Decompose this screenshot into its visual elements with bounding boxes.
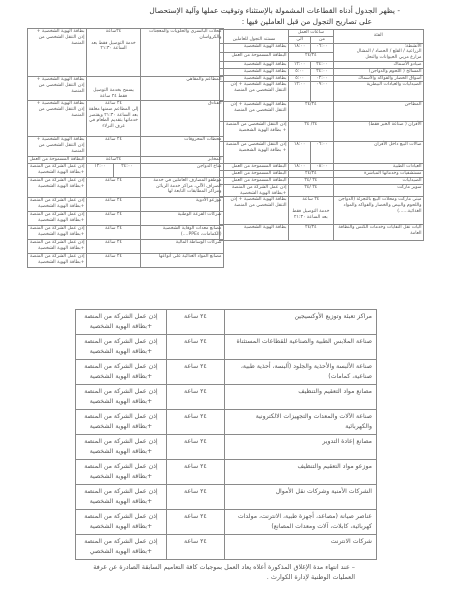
cell-permit: إذن عمل الشركة من المنصة +بطاقة الهوية ا… <box>28 239 87 253</box>
cell-category: عناصر صيانة (مصاعد، أجهزة طبية، الانترنت… <box>224 510 376 535</box>
cell-permit: إذن التنقل الشخصي من المنصة + بطاقة الهو… <box>220 142 289 164</box>
cell-from: ٠٦:٠٠ <box>311 142 333 164</box>
cell-hours: ٢٤ساعة <box>87 157 141 164</box>
cell-permit: بطاقة الهوية الشخصية + إذن التنقل الشخصي… <box>28 29 87 77</box>
cell-category: الشركات الأمنية وشركات نقل الأموال <box>224 485 376 510</box>
table-row: الأنشطة: الزراعية / القلع / الحصاد / الم… <box>220 43 424 52</box>
cell-permit: إذن عمل الشركة من المنصة +بطاقة الهوية ا… <box>76 510 167 535</box>
cell-category: مصانع معدات الوقاية الشخصية (الكمامات، P… <box>141 225 224 239</box>
cell-permit: إذن عمل الشركة من المنصة +بطاقة الهوية ا… <box>28 225 87 239</box>
cell-permit: إذن عمل الشركة من المنصة +بطاقة الهوية ا… <box>28 211 87 225</box>
cell-to: ٥:٠٠ <box>289 75 311 82</box>
cell-permit: البطاقة المسموحة من العمل <box>220 177 289 184</box>
cell-from: ٢٤:٠٠ <box>114 163 141 177</box>
cell-from: ٠٦:٠٠ <box>311 43 333 52</box>
table-row: العيادات الطبية ٠٨:٠٠ ١٨:٠٠ البطاقة المس… <box>220 164 424 171</box>
table-row: الأفران ( صناعة الخبز فقط) ٢٤/ ٢٤ إذن ال… <box>220 122 424 142</box>
cell-permit: إذن عمل الشركة من المنصة +بطاقة الهوية ا… <box>28 177 87 197</box>
cell-permit: البطاقة المسموحة من العمل <box>220 171 289 178</box>
cell-hours: ٢٤ ساعة <box>166 310 224 335</box>
table-row: صناعة الآلات والمعدات والتجهيزات الالكتر… <box>76 410 377 435</box>
cell-hours: ٢٤ساعة خدمة التوصيل فقط بعد الساعة ٢١:٣٠ <box>87 29 141 77</box>
cell-hours: ٢٤ ساعة <box>166 410 224 435</box>
cell-hours: ٢٤ ساعة <box>87 239 141 253</box>
cell-category: صالات البيع داخل الأفران <box>333 142 423 164</box>
cell-category: المسالخ ( اللحوم والدواجن) <box>333 68 423 75</box>
intro-line-1: - يظهر الجدول أدناه القطاعات المشمولة با… <box>60 5 400 16</box>
cell-category: العيادات الطبية <box>333 164 423 171</box>
intro-paragraph: - يظهر الجدول أدناه القطاعات المشمولة با… <box>60 5 400 27</box>
table-row: مصانع معدات الوقاية الشخصية (الكمامات، P… <box>28 225 224 239</box>
cell-permit: بطاقة الهوية الشخصية <box>220 75 289 82</box>
cell-hours: ٢٤/٢٤ <box>289 225 334 241</box>
table-row: شركات الانترنت ٢٤ ساعة إذن عمل الشركة من… <box>76 535 377 560</box>
cell-to: ١٢:٠٠ <box>289 82 311 102</box>
cell-category: مصانع إعادة التدوير <box>224 435 376 460</box>
cell-category: صناعة الآلات والمعدات والتجهيزات الالكتر… <box>224 410 376 435</box>
table-row: الصيدليات والعيادات البيطرية ٠٩:٠٠ ١٢:٠٠… <box>220 82 424 102</box>
table-row: مصانع مواد التعقيم والتنظيف ٢٤ ساعة إذن … <box>76 385 377 410</box>
table-row: صالات البيع داخل الأفران ٠٦:٠٠ ١٨:٠٠ إذن… <box>220 142 424 164</box>
cell-permit: إذن عمل الشركة من المنصة +بطاقة الهوية ا… <box>28 253 87 267</box>
cell-from: ٠٩:٠٠ <box>311 82 333 102</box>
cell-permit: إذن عمل الشركة من المنصة +بطاقة الهوية ا… <box>28 197 87 211</box>
cell-permit: البطاقة المسموحة من العمل <box>220 52 289 61</box>
table-row: المطاعم والمقاهي يسمح بخدمة التوصيل فقط … <box>28 77 224 101</box>
cell-permit: بطاقة الهوية الشخصية + إذن التنقل الشخصي… <box>28 77 87 101</box>
cell-permit: بطاقة الهوية الشخصية <box>220 225 289 241</box>
cell-category: صناعة الألبسة والأحذية والجلود (ألبسة، أ… <box>224 360 376 385</box>
table-row: آليات نقل النفايات وخدمات الكنس والنظافة… <box>220 225 424 241</box>
table-row: مبنى ماركت ومحلات البيع بالتجزئة (الدواج… <box>220 197 424 225</box>
cell-permit: إذن عمل الشركة من المنصة +بطاقة الهوية ا… <box>76 535 167 560</box>
cell-category: سوبر ماركت <box>333 184 423 197</box>
cell-hours: ٢٤ /٢٤ <box>289 177 334 184</box>
sector-hours-table-left: محلات الباتسري والحلويات والمعجنات والكر… <box>27 28 224 268</box>
cell-hours: ٢٤ ساعة <box>87 197 141 211</box>
header-from: من <box>311 36 333 43</box>
cell-category: مصانع المواد الغذائية على أنواعها <box>141 253 224 267</box>
cell-to: ١٨:٠٠ <box>289 164 311 171</box>
cell-hours: ٢٤ ساعة <box>166 535 224 560</box>
footer-note: – عند انتهاء مدة الإغلاق المذكورة أعلاه … <box>75 562 355 582</box>
table-row: موزعو مواد التعقيم والتنظيف ٢٤ ساعة إذن … <box>76 460 377 485</box>
cell-category: مناخ الدواجن <box>141 163 224 177</box>
cell-category: مصانع مواد التعقيم والتنظيف <box>224 385 376 410</box>
cell-permit: بطاقة الهوية الشخصية + إذن التنقل الشخصي… <box>220 82 289 102</box>
cell-category: الأفران ( صناعة الخبز فقط) <box>333 122 423 142</box>
cell-permit: بطاقة الهوية الشخصية <box>220 61 289 68</box>
cell-category: الفنادق <box>141 101 224 137</box>
cell-to: ١٢:٠٠ <box>289 61 311 68</box>
cell-permit: بطاقة الهوية الشخصية + إذن التنقل الشخصي… <box>28 137 87 157</box>
intro-line-2: على تصاريح التجول من قبل العاملين فيها : <box>60 16 400 27</box>
cell-hours: ٢٤/٢٤ <box>289 52 334 61</box>
table-row: صيادو الأسماك ٢٤:٠٠ ١٢:٠٠ بطاقة الهوية ا… <box>220 61 424 68</box>
table-row: مراكز تعبئة وتوزيع الأوكسيجين ٢٤ ساعة إذ… <box>76 310 377 335</box>
cell-hours: ٢٤ ساعة <box>87 177 141 197</box>
cell-category: شركات الانترنت <box>224 535 376 560</box>
cell-category: موزعو الأدوية <box>141 197 224 211</box>
table-row: أسواق الخضار والفواكه والأسماك ٠٢:٠٠ ٥:٠… <box>220 75 424 82</box>
cell-hours: ٢٤ ساعة خدمة التوصيل فقط بعد الساعة ٢١:٣… <box>289 197 334 225</box>
cell-permit: إذن عمل الشركة من المنصة +بطاقة الهوية ا… <box>28 163 87 177</box>
cell-from: ٠٨:٠٠ <box>311 164 333 171</box>
cell-hours: ٢٤ ساعة <box>166 435 224 460</box>
table-row: صناعة الملابس الطبية والصناعية للقطاعات … <box>76 335 377 360</box>
cell-category: مراكز تعبئة وتوزيع الأوكسيجين <box>224 310 376 335</box>
table-row: مصانع المواد الغذائية على أنواعها ٢٤ ساع… <box>28 253 224 267</box>
cell-category: محطات المحروقات <box>141 137 224 157</box>
header-category: الفئة <box>333 30 423 44</box>
header-permit: مستند التجول للعاملين <box>220 30 289 44</box>
cell-permit: إذن عمل الشركة من المنصة +بطاقة الهوية ا… <box>76 310 167 335</box>
cell-permit: البطاقة المسموحة من العمل <box>220 164 289 171</box>
cell-hours: ٢٤ ساعة <box>166 510 224 535</box>
table-row: صناعة الألبسة والأحذية والجلود (ألبسة، أ… <box>76 360 377 385</box>
cell-category: أسواق الخضار والفواكه والأسماك <box>333 75 423 82</box>
cell-category: المطاحن <box>333 102 423 122</box>
cell-category: الصيدليات <box>333 177 423 184</box>
cell-hours: ٢٤/٢٤ <box>289 102 334 122</box>
cell-category: محلات الباتسري والحلويات والمعجنات والكر… <box>141 29 224 77</box>
table-row: المطاحن ٢٤/٢٤ بطاقة الهوية الشخصية + إذن… <box>220 102 424 122</box>
cell-permit: إذن عمل الشركة من المنصة +بطاقة الهوية ا… <box>76 385 167 410</box>
cell-category: الصيدليات والعيادات البيطرية <box>333 82 423 102</box>
cell-hours: ٢٤ ساعة <box>166 335 224 360</box>
cell-permit: إذن عمل الشركة من المنصة +بطاقة الهوية ا… <box>76 410 167 435</box>
table-row: سوبر ماركت ٢٤ /٢٤ إذن عمل الشركة من المن… <box>220 184 424 197</box>
cell-hours: ٢٤ ساعة <box>166 385 224 410</box>
table-row: المسالخ ( اللحوم والدواجن) ٢٤:٠٠ ٥:٠٠ بط… <box>220 68 424 75</box>
cell-to: ١٨:٠٠ <box>289 142 311 164</box>
cell-to: ١٨:٠٠ <box>289 43 311 52</box>
cell-hours: ٢٤ ساعة إلى المطاعم ضمنها مغلقة بعد السا… <box>87 101 141 137</box>
table-row: شركات الفزعة الوطنية ٢٤ ساعة إذن عمل الش… <box>28 211 224 225</box>
cell-category: شركات الفزعة الوطنية <box>141 211 224 225</box>
cell-category: موظفو المصارف العاملين في خدمة الصراف ال… <box>141 177 224 197</box>
cell-category: المخابز <box>141 157 224 164</box>
cell-category: موزعو مواد التعقيم والتنظيف <box>224 460 376 485</box>
table-row: موظفو المصارف العاملين في خدمة الصراف ال… <box>28 177 224 197</box>
cell-permit: بطاقة الهوية الشخصية + إذن التنقل الشخصي… <box>28 101 87 137</box>
cell-category: مبنى ماركت ومحلات البيع بالتجزئة (الدواج… <box>333 197 423 225</box>
cell-hours: ٢٤ /٢٤ <box>289 184 334 197</box>
cell-permit: إذن التنقل الشخصي من المنصة + بطاقة الهو… <box>220 122 289 142</box>
cell-to: ١٢:٠٠ <box>87 163 114 177</box>
table-row: مصانع إعادة التدوير ٢٤ ساعة إذن عمل الشر… <box>76 435 377 460</box>
cell-hours: ٢٤ ساعة <box>87 137 141 157</box>
cell-from: ٢٤:٠٠ <box>311 68 333 75</box>
cell-category: المطاعم والمقاهي <box>141 77 224 101</box>
cell-to: ٥:٠٠ <box>289 68 311 75</box>
cell-hours: ٢٤/٢٤ <box>289 171 334 178</box>
cell-hours: ٢٤/ ٢٤ <box>289 122 334 142</box>
cell-permit: البطاقة المسموحة من العمل <box>28 157 87 164</box>
cell-permit: بطاقة الهوية الشخصية <box>220 43 289 52</box>
cell-category: صيادو الأسماك <box>333 61 423 68</box>
cell-permit: إذن عمل الشركة من المنصة +بطاقة الهوية ا… <box>76 485 167 510</box>
cell-permit: بطاقة الهوية الشخصية + إذن التنقل الشخصي… <box>220 102 289 122</box>
cell-hours: ٢٤ ساعة <box>87 225 141 239</box>
cell-from: ٢٤:٠٠ <box>311 61 333 68</box>
table-row: محطات المحروقات ٢٤ ساعة بطاقة الهوية الش… <box>28 137 224 157</box>
cell-hours: يسمح بخدمة التوصيل فقط ٢٤ ساعة <box>87 77 141 101</box>
cell-permit: إذن عمل الشركة من المنصة +بطاقة الهوية ا… <box>76 435 167 460</box>
table-row: مناخ الدواجن ٢٤:٠٠ ١٢:٠٠ إذن عمل الشركة … <box>28 163 224 177</box>
cell-permit: بطاقة الهوية الشخصية + إذن التنقل الشخصي… <box>220 197 289 225</box>
table-row: شركات الوساطة المالية ٢٤ ساعة إذن عمل ال… <box>28 239 224 253</box>
cell-permit: إذن عمل الشركة من المنصة +بطاقة الهوية ا… <box>76 335 167 360</box>
cell-hours: ٢٤ ساعة <box>166 460 224 485</box>
cell-hours: ٢٤ ساعة <box>87 211 141 225</box>
cell-permit: إذن عمل الشركة من المنصة +بطاقة الهوية ا… <box>76 360 167 385</box>
cell-hours: ٢٤ ساعة <box>166 360 224 385</box>
cell-from: ٠٢:٠٠ <box>311 75 333 82</box>
sector-hours-table-bottom: مراكز تعبئة وتوزيع الأوكسيجين ٢٤ ساعة إذ… <box>75 309 377 560</box>
cell-permit: إذن عمل الشركة من المنصة +بطاقة الهوية ا… <box>76 460 167 485</box>
table-row: موزعو الأدوية ٢٤ ساعة إذن عمل الشركة من … <box>28 197 224 211</box>
header-to: الى <box>289 36 311 43</box>
table-row: الشركات الأمنية وشركات نقل الأموال ٢٤ سا… <box>76 485 377 510</box>
header-working-hours: ساعات العمل <box>289 30 334 37</box>
cell-category: آليات نقل النفايات وخدمات الكنس والنظافة… <box>333 225 423 241</box>
cell-hours: ٢٤ ساعة <box>166 485 224 510</box>
table-row: المخابز ٢٤ساعة البطاقة المسموحة من العمل <box>28 157 224 164</box>
cell-category: الأنشطة: الزراعية / القلع / الحصاد / الم… <box>333 43 423 61</box>
cell-permit: إذن عمل الشركة من المنصة +بطاقة الهوية ا… <box>220 184 289 197</box>
table-row: عناصر صيانة (مصاعد، أجهزة طبية، الانترنت… <box>76 510 377 535</box>
table-row: الفنادق ٢٤ ساعة إلى المطاعم ضمنها مغلقة … <box>28 101 224 137</box>
table-row: مستشفيات وخدماتها المباشرة ٢٤/٢٤ البطاقة… <box>220 171 424 178</box>
table-row: محلات الباتسري والحلويات والمعجنات والكر… <box>28 29 224 77</box>
cell-permit: بطاقة الهوية الشخصية <box>220 68 289 75</box>
cell-category: مستشفيات وخدماتها المباشرة <box>333 171 423 178</box>
cell-hours: ٢٤ ساعة <box>87 253 141 267</box>
cell-category: شركات الوساطة المالية <box>141 239 224 253</box>
table-row: الصيدليات ٢٤ /٢٤ البطاقة المسموحة من الع… <box>220 177 424 184</box>
sector-hours-table-right: الفئة ساعات العمل مستند التجول للعاملين … <box>219 29 424 241</box>
cell-category: صناعة الملابس الطبية والصناعية للقطاعات … <box>224 335 376 360</box>
